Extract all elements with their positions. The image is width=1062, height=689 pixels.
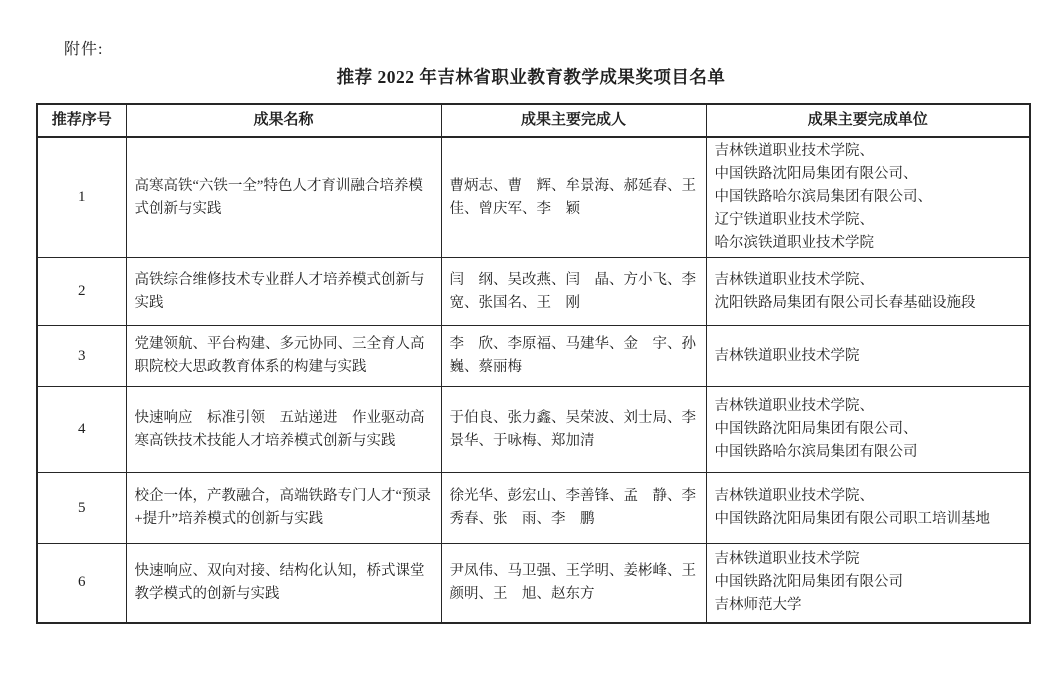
contributors-cell: 曹炳志、曹 辉、牟景海、郝延春、王 佳、曾庆军、李 颖 [441, 137, 706, 258]
unit-line: 辽宁铁道职业技术学院、 [715, 209, 1022, 232]
achievement-name-cell: 高寒高铁“六铁一全”特色人才育训融合培养模式创新与实践 [126, 137, 441, 258]
units-cell: 吉林铁道职业技术学院、 中国铁路沈阳局集团有限公司、 中国铁路哈尔滨局集团有限公… [706, 387, 1030, 473]
table-header-row: 推荐序号 成果名称 成果主要完成人 成果主要完成单位 [37, 104, 1030, 137]
unit-line: 中国铁路沈阳局集团有限公司、 [715, 418, 1022, 441]
achievement-name-cell: 快速响应 标准引领 五站递进 作业驱动高寒高铁技术技能人才培养模式创新与实践 [126, 387, 441, 473]
attachment-label: 附件: [64, 36, 103, 59]
contributors-cell: 闫 纲、吴改燕、闫 晶、方小飞、李 宽、张国名、王 刚 [441, 258, 706, 326]
unit-line: 吉林铁道职业技术学院 [715, 345, 1022, 368]
serial-cell: 6 [37, 544, 126, 623]
units-cell: 吉林铁道职业技术学院、 中国铁路沈阳局集团有限公司、 中国铁路哈尔滨局集团有限公… [706, 137, 1030, 258]
contributors-cell: 尹凤伟、马卫强、王学明、姜彬峰、王颜明、王 旭、赵东方 [441, 544, 706, 623]
unit-line: 沈阳铁路局集团有限公司长春基础设施段 [715, 292, 1022, 315]
serial-cell: 1 [37, 137, 126, 258]
document-page: 附件: 推荐 2022 年吉林省职业教育教学成果奖项目名单 推荐序号 成果名称 … [0, 0, 1062, 689]
contributors-cell: 李 欣、李原福、马建华、金 宇、孙 巍、蔡丽梅 [441, 326, 706, 387]
unit-line: 中国铁路哈尔滨局集团有限公司、 [715, 186, 1022, 209]
achievement-name-cell: 党建领航、平台构建、多元协同、三全育人高职院校大思政教育体系的构建与实践 [126, 326, 441, 387]
unit-line: 中国铁路哈尔滨局集团有限公司 [715, 441, 1022, 464]
unit-line: 吉林师范大学 [715, 594, 1022, 617]
serial-cell: 2 [37, 258, 126, 326]
unit-line: 中国铁路沈阳局集团有限公司、 [715, 163, 1022, 186]
serial-cell: 3 [37, 326, 126, 387]
serial-cell: 5 [37, 473, 126, 544]
contributors-cell: 徐光华、彭宏山、李善锋、孟 静、李秀春、张 雨、李 鹏 [441, 473, 706, 544]
unit-line: 哈尔滨铁道职业技术学院 [715, 232, 1022, 255]
unit-line: 吉林铁道职业技术学院 [715, 548, 1022, 571]
achievements-table: 推荐序号 成果名称 成果主要完成人 成果主要完成单位 1 高寒高铁“六铁一全”特… [36, 103, 1031, 624]
unit-line: 吉林铁道职业技术学院、 [715, 485, 1022, 508]
table-row: 3 党建领航、平台构建、多元协同、三全育人高职院校大思政教育体系的构建与实践 李… [37, 326, 1030, 387]
units-cell: 吉林铁道职业技术学院、 沈阳铁路局集团有限公司长春基础设施段 [706, 258, 1030, 326]
col-header-units: 成果主要完成单位 [706, 104, 1030, 137]
document-title: 推荐 2022 年吉林省职业教育教学成果奖项目名单 [0, 64, 1062, 89]
units-cell: 吉林铁道职业技术学院 中国铁路沈阳局集团有限公司 吉林师范大学 [706, 544, 1030, 623]
unit-line: 中国铁路沈阳局集团有限公司职工培训基地 [715, 508, 1022, 531]
col-header-serial: 推荐序号 [37, 104, 126, 137]
table-row: 2 高铁综合维修技术专业群人才培养模式创新与实践 闫 纲、吴改燕、闫 晶、方小飞… [37, 258, 1030, 326]
table-row: 4 快速响应 标准引领 五站递进 作业驱动高寒高铁技术技能人才培养模式创新与实践… [37, 387, 1030, 473]
col-header-achievement-name: 成果名称 [126, 104, 441, 137]
achievement-name-cell: 校企一体，产教融合，高端铁路专门人才“预录+提升”培养模式的创新与实践 [126, 473, 441, 544]
unit-line: 中国铁路沈阳局集团有限公司 [715, 571, 1022, 594]
table-row: 1 高寒高铁“六铁一全”特色人才育训融合培养模式创新与实践 曹炳志、曹 辉、牟景… [37, 137, 1030, 258]
unit-line: 吉林铁道职业技术学院、 [715, 140, 1022, 163]
unit-line: 吉林铁道职业技术学院、 [715, 269, 1022, 292]
table-row: 6 快速响应、双向对接、结构化认知，桥式课堂教学模式的创新与实践 尹凤伟、马卫强… [37, 544, 1030, 623]
achievement-name-cell: 快速响应、双向对接、结构化认知，桥式课堂教学模式的创新与实践 [126, 544, 441, 623]
serial-cell: 4 [37, 387, 126, 473]
col-header-contributors: 成果主要完成人 [441, 104, 706, 137]
units-cell: 吉林铁道职业技术学院、 中国铁路沈阳局集团有限公司职工培训基地 [706, 473, 1030, 544]
achievement-name-cell: 高铁综合维修技术专业群人才培养模式创新与实践 [126, 258, 441, 326]
units-cell: 吉林铁道职业技术学院 [706, 326, 1030, 387]
unit-line: 吉林铁道职业技术学院、 [715, 395, 1022, 418]
contributors-cell: 于伯良、张力鑫、吴荣波、刘士局、李景华、于咏梅、郑加清 [441, 387, 706, 473]
table-row: 5 校企一体，产教融合，高端铁路专门人才“预录+提升”培养模式的创新与实践 徐光… [37, 473, 1030, 544]
